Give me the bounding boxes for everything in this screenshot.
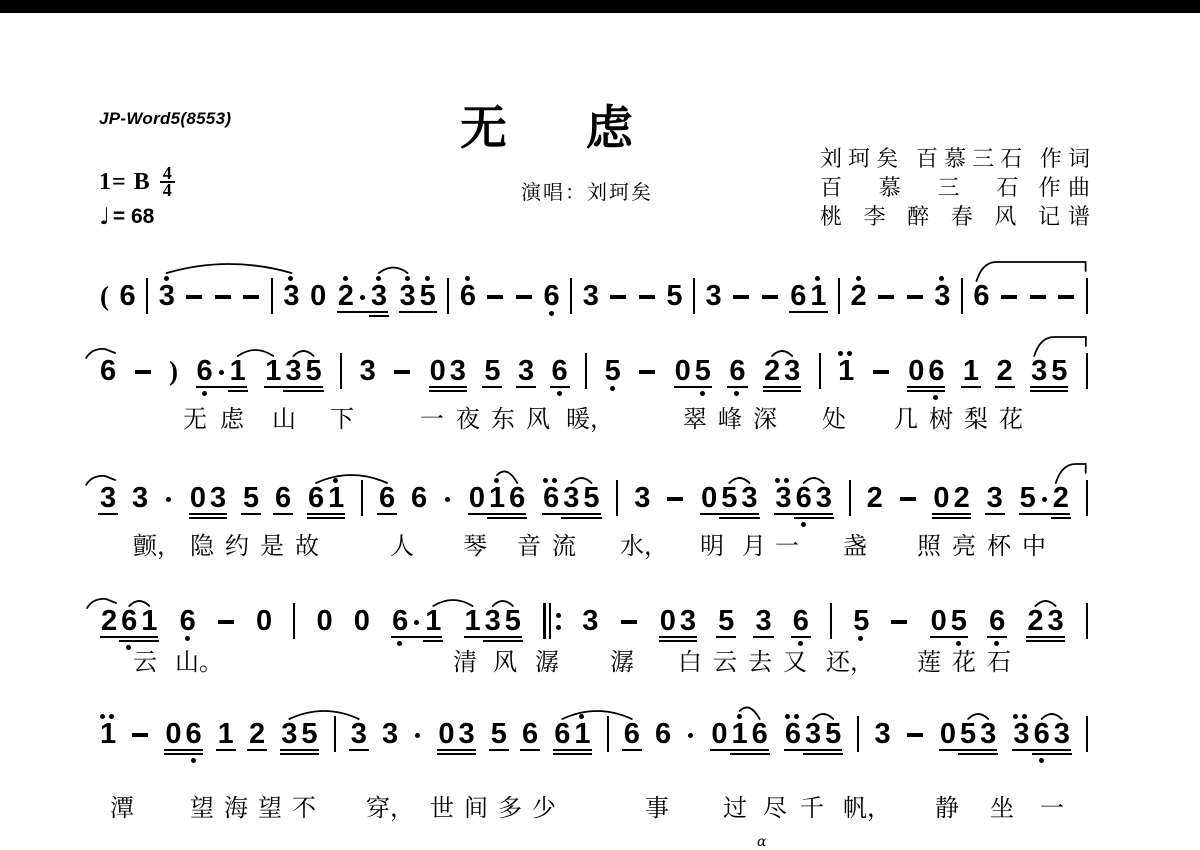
note-digit: 3 bbox=[1048, 609, 1064, 633]
note-digit: 5 bbox=[721, 486, 737, 510]
underline bbox=[283, 390, 303, 392]
note: 3 bbox=[755, 609, 771, 633]
note-digit: 6 bbox=[973, 284, 989, 308]
note: 5 bbox=[505, 609, 521, 633]
note-digit: 6 bbox=[522, 722, 538, 746]
lyric-syllable: 帆， bbox=[843, 788, 891, 823]
duration-dot bbox=[413, 722, 422, 746]
octave-dot-below bbox=[557, 391, 562, 396]
lyric-syllable: 不 bbox=[292, 788, 316, 823]
note: 0 bbox=[933, 486, 949, 510]
lyrics-line-5: 潭望海望不穿，世间多少事过尽千帆，静坐一 bbox=[0, 788, 1200, 818]
note-digit: 6 bbox=[460, 284, 476, 308]
note: 3 bbox=[382, 722, 398, 746]
note-digit: 3 bbox=[1031, 359, 1047, 383]
repeat-dot bbox=[556, 625, 561, 630]
note-digit: 5 bbox=[1051, 359, 1067, 383]
lyric-syllable: 花 bbox=[952, 642, 976, 677]
note: 3 bbox=[485, 609, 501, 633]
note-digit: 0 bbox=[908, 359, 924, 383]
note-group: 03 bbox=[189, 486, 227, 510]
note: 0 bbox=[908, 359, 924, 383]
note-digit: 6 bbox=[379, 486, 395, 510]
underline bbox=[482, 386, 502, 388]
lyric-syllable: 音 bbox=[517, 526, 541, 561]
note-digit: 6 bbox=[554, 722, 570, 746]
note-digit: 5 bbox=[491, 722, 507, 746]
dash bbox=[761, 284, 779, 308]
underline bbox=[304, 390, 324, 392]
note: 3 bbox=[1048, 609, 1064, 633]
duration-dot bbox=[443, 486, 452, 510]
lyrics-line-4: 云山。清风潺潺白云去又还，莲花石 bbox=[0, 642, 1200, 672]
barline bbox=[1086, 480, 1088, 516]
underline bbox=[307, 513, 345, 515]
note-group: 05 bbox=[930, 609, 968, 633]
underline bbox=[739, 517, 759, 519]
note-digit: 2 bbox=[764, 359, 780, 383]
note: 5 bbox=[666, 284, 682, 308]
music-line-3: 33035661660166353053363202352 bbox=[100, 486, 1088, 510]
note: 1 bbox=[732, 722, 748, 746]
note: 2 bbox=[954, 486, 970, 510]
note: 3 bbox=[775, 486, 791, 510]
lyrics-line-2: 无虑山下一夜东风暖，翠峰深处几树梨花 bbox=[0, 399, 1200, 429]
note-digit: 0 bbox=[438, 722, 454, 746]
note-digit: 6 bbox=[785, 722, 801, 746]
note-group: 053 bbox=[700, 486, 758, 510]
note: 3 bbox=[360, 359, 376, 383]
lyric-syllable: 云 bbox=[133, 642, 157, 677]
repeat-dots bbox=[556, 613, 561, 630]
note-group: 52 bbox=[1019, 486, 1070, 510]
lyric-syllable: 穿， bbox=[366, 788, 414, 823]
note: 2 bbox=[764, 359, 780, 383]
underline bbox=[932, 517, 970, 519]
lyric-syllable: 峰 bbox=[718, 399, 742, 434]
note-digit: 5 bbox=[420, 284, 436, 308]
note-digit: 6 bbox=[543, 486, 559, 510]
note: 3 bbox=[680, 609, 696, 633]
lyric-syllable: 山 bbox=[272, 399, 296, 434]
note-digit: 3 bbox=[563, 486, 579, 510]
barline bbox=[838, 278, 840, 314]
note-digit: 3 bbox=[281, 722, 297, 746]
note-digit: 6 bbox=[729, 359, 745, 383]
note: 3 bbox=[706, 284, 722, 308]
octave-dot-below bbox=[700, 391, 705, 396]
duration-dot bbox=[1040, 486, 1049, 510]
note-digit: 3 bbox=[159, 284, 175, 308]
lyric-syllable: 去 bbox=[748, 642, 772, 677]
barline bbox=[334, 716, 336, 752]
lyric-syllable: 望 bbox=[258, 788, 282, 823]
note-digit: 3 bbox=[485, 609, 501, 633]
lyric-syllable: 照 bbox=[917, 526, 941, 561]
note-group: 016 bbox=[710, 722, 768, 746]
note: 5 bbox=[960, 722, 976, 746]
underline bbox=[622, 749, 642, 751]
underline bbox=[164, 749, 202, 751]
underline bbox=[189, 517, 227, 519]
lyric-syllable: 白 bbox=[678, 642, 702, 677]
underline bbox=[391, 636, 442, 638]
note: 3 bbox=[371, 284, 387, 308]
note: 1 bbox=[100, 722, 116, 746]
octave-dot-above bbox=[376, 276, 381, 281]
note: 3 bbox=[285, 359, 301, 383]
note: 0 bbox=[940, 722, 956, 746]
barline bbox=[830, 603, 832, 639]
underline bbox=[958, 753, 978, 755]
lyric-syllable: 隐 bbox=[190, 526, 214, 561]
note-group: 23 bbox=[337, 284, 388, 308]
note: 2 bbox=[867, 486, 883, 510]
note: 1 bbox=[328, 486, 344, 510]
barline bbox=[1086, 716, 1088, 752]
barline bbox=[271, 278, 273, 314]
note-digit: 6 bbox=[275, 486, 291, 510]
note: 3 bbox=[987, 486, 1003, 510]
note-digit: 5 bbox=[666, 284, 682, 308]
dash bbox=[732, 284, 750, 308]
note-digit: 6 bbox=[928, 359, 944, 383]
lyric-syllable: 又 bbox=[783, 642, 807, 677]
dash bbox=[899, 486, 917, 510]
dash bbox=[1057, 284, 1075, 308]
underline bbox=[369, 315, 389, 317]
barline bbox=[293, 603, 295, 639]
note: 0 bbox=[469, 486, 485, 510]
repeat-dot bbox=[556, 613, 561, 618]
note: 5 bbox=[1051, 359, 1067, 383]
note-group: 03 bbox=[437, 722, 475, 746]
octave-dot-above bbox=[465, 276, 470, 281]
lyric-syllable: 约 bbox=[225, 526, 249, 561]
lyric-syllable: 一 bbox=[1040, 788, 1064, 823]
note-digit: 0 bbox=[430, 359, 446, 383]
note-digit: 6 bbox=[308, 486, 324, 510]
note-digit: 0 bbox=[931, 609, 947, 633]
note-digit: 6 bbox=[1034, 722, 1050, 746]
underline bbox=[280, 749, 318, 751]
underline bbox=[164, 753, 202, 755]
underline bbox=[907, 390, 945, 392]
dash bbox=[393, 359, 411, 383]
barline bbox=[616, 480, 618, 516]
underline bbox=[196, 386, 247, 388]
note-digit: 0 bbox=[165, 722, 181, 746]
underline bbox=[700, 513, 758, 515]
lyric-syllable: 潺 bbox=[610, 642, 634, 677]
lyric-syllable: 无 bbox=[183, 399, 207, 434]
note: 1 bbox=[141, 609, 157, 633]
underline bbox=[507, 517, 527, 519]
underline bbox=[550, 386, 570, 388]
underline bbox=[710, 749, 768, 751]
lyric-syllable: 明 bbox=[700, 526, 724, 561]
note-digit: 2 bbox=[338, 284, 354, 308]
note-group: 23 bbox=[1026, 609, 1064, 633]
underline bbox=[987, 636, 1007, 638]
note: 6 bbox=[460, 284, 476, 308]
note: 6 bbox=[379, 486, 395, 510]
note: 3 bbox=[159, 284, 175, 308]
note-digit: 3 bbox=[755, 609, 771, 633]
octave-dot-above bbox=[737, 714, 742, 719]
note-group: 35 bbox=[1030, 359, 1068, 383]
music-line-2: 6)611353035365056231061235 bbox=[100, 359, 1088, 383]
note: 5 bbox=[491, 722, 507, 746]
note: 3 bbox=[784, 359, 800, 383]
lyric-syllable: 清 bbox=[453, 642, 477, 677]
lyric-syllable: 暖， bbox=[566, 399, 614, 434]
underline bbox=[789, 311, 827, 313]
note-digit: 5 bbox=[825, 722, 841, 746]
barline bbox=[361, 480, 363, 516]
repeat-begin-sign bbox=[543, 603, 561, 639]
note-digit: 5 bbox=[243, 486, 259, 510]
note: 0 bbox=[310, 284, 326, 308]
underline bbox=[228, 390, 248, 392]
dash bbox=[609, 284, 627, 308]
note: 6 bbox=[552, 359, 568, 383]
note-digit: 5 bbox=[301, 722, 317, 746]
note-digit: 6 bbox=[180, 609, 196, 633]
barline bbox=[146, 278, 148, 314]
octave-dot-below bbox=[185, 636, 190, 641]
underline bbox=[273, 513, 293, 515]
octave-dot-above bbox=[164, 276, 169, 281]
note-digit: 1 bbox=[963, 359, 979, 383]
note-group: 61 bbox=[196, 359, 247, 383]
note: 6 bbox=[411, 486, 427, 510]
note-digit: 3 bbox=[210, 486, 226, 510]
lyric-syllable: 坐 bbox=[990, 788, 1014, 823]
lyric-syllable: 虑 bbox=[220, 399, 244, 434]
note: 0 bbox=[660, 609, 676, 633]
underline bbox=[98, 513, 118, 515]
lyric-syllable: 东 bbox=[491, 399, 515, 434]
lyric-syllable: 云 bbox=[713, 642, 737, 677]
underline bbox=[763, 390, 801, 392]
lyric-syllable: 静 bbox=[935, 788, 959, 823]
note: 3 bbox=[583, 284, 599, 308]
note: 3 bbox=[1031, 359, 1047, 383]
note-digit: 6 bbox=[796, 486, 812, 510]
note-digit: 5 bbox=[306, 359, 322, 383]
note-group: 363 bbox=[1012, 722, 1070, 746]
note-group: 635 bbox=[542, 486, 600, 510]
note: 0 bbox=[701, 486, 717, 510]
note-digit: 2 bbox=[851, 284, 867, 308]
note: 1 bbox=[574, 722, 590, 746]
note: 1 bbox=[838, 359, 854, 383]
note: 6 bbox=[554, 722, 570, 746]
underline bbox=[939, 749, 997, 751]
note: 5 bbox=[825, 722, 841, 746]
note: 6 bbox=[543, 486, 559, 510]
note-digit: 3 bbox=[583, 284, 599, 308]
note: 3 bbox=[518, 359, 534, 383]
note: 1 bbox=[489, 486, 505, 510]
underline bbox=[247, 749, 267, 751]
note-digit: 1 bbox=[489, 486, 505, 510]
underline bbox=[429, 390, 467, 392]
note-group: 23 bbox=[763, 359, 801, 383]
next-line-cutoff-mark: α bbox=[757, 834, 766, 850]
note-digit: 3 bbox=[784, 359, 800, 383]
note: 3 bbox=[100, 486, 116, 510]
note-digit: 6 bbox=[989, 609, 1005, 633]
note-digit: 6 bbox=[655, 722, 671, 746]
note: 3 bbox=[563, 486, 579, 510]
note: 3 bbox=[805, 722, 821, 746]
underline bbox=[719, 517, 739, 519]
note-group: 135 bbox=[264, 359, 322, 383]
note: 0 bbox=[190, 486, 206, 510]
note: 1 bbox=[810, 284, 826, 308]
note: 3 bbox=[283, 284, 299, 308]
note: 6 bbox=[121, 609, 137, 633]
lyric-syllable: 潭 bbox=[110, 788, 134, 823]
note-digit: 0 bbox=[354, 609, 370, 633]
lyric-syllable: 流 bbox=[552, 526, 576, 561]
lyric-syllable: 中 bbox=[1022, 526, 1046, 561]
note-digit: 3 bbox=[285, 359, 301, 383]
note-digit: 0 bbox=[701, 486, 717, 510]
repeat-bar-thick bbox=[543, 603, 546, 639]
note-digit: 3 bbox=[351, 722, 367, 746]
note: 3 bbox=[450, 359, 466, 383]
note: 3 bbox=[875, 722, 891, 746]
dash bbox=[1000, 284, 1018, 308]
dash bbox=[872, 359, 890, 383]
music-line-4: 261600061135303536505623 bbox=[100, 609, 1088, 633]
barline bbox=[819, 353, 821, 389]
underline bbox=[581, 517, 601, 519]
note-group: 05 bbox=[674, 359, 712, 383]
underline bbox=[241, 513, 261, 515]
barline bbox=[1086, 603, 1088, 639]
note-digit: 3 bbox=[934, 284, 950, 308]
note-digit: 3 bbox=[459, 722, 475, 746]
note: 6 bbox=[522, 722, 538, 746]
underline bbox=[1030, 390, 1068, 392]
note: 0 bbox=[430, 359, 446, 383]
underline bbox=[995, 386, 1015, 388]
dash bbox=[620, 609, 638, 633]
underline bbox=[1052, 753, 1072, 755]
underline bbox=[280, 753, 318, 755]
barline bbox=[570, 278, 572, 314]
note-group: 135 bbox=[464, 609, 522, 633]
note-digit: 0 bbox=[675, 359, 691, 383]
parenthesis: ) bbox=[169, 359, 178, 383]
underline bbox=[429, 386, 467, 388]
dash bbox=[906, 722, 924, 746]
note-digit: 6 bbox=[411, 486, 427, 510]
octave-dot-below bbox=[610, 386, 615, 391]
underline bbox=[553, 749, 591, 751]
note-digit: 1 bbox=[218, 722, 234, 746]
dash bbox=[134, 359, 152, 383]
note-digit: 0 bbox=[933, 486, 949, 510]
note-digit: 3 bbox=[400, 284, 416, 308]
note-group: 06 bbox=[907, 359, 945, 383]
note: 3 bbox=[210, 486, 226, 510]
note: 6 bbox=[655, 722, 671, 746]
note: 3 bbox=[459, 722, 475, 746]
note-digit: 3 bbox=[706, 284, 722, 308]
note-digit: 5 bbox=[484, 359, 500, 383]
lyric-syllable: 山。 bbox=[175, 642, 223, 677]
note-group: 35 bbox=[399, 284, 437, 308]
lyric-syllable: 石 bbox=[987, 642, 1011, 677]
barline bbox=[961, 278, 963, 314]
note: 6 bbox=[729, 359, 745, 383]
note: 5 bbox=[718, 609, 734, 633]
note: 1 bbox=[265, 359, 281, 383]
lyric-syllable: 过 bbox=[723, 788, 747, 823]
note-digit: 6 bbox=[197, 359, 213, 383]
note-digit: 6 bbox=[121, 609, 137, 633]
note-digit: 0 bbox=[940, 722, 956, 746]
note-digit: 3 bbox=[775, 486, 791, 510]
octave-dot-below bbox=[734, 391, 739, 396]
octave-dot-below bbox=[858, 636, 863, 641]
note: 6 bbox=[308, 486, 324, 510]
dash bbox=[1029, 284, 1047, 308]
note-digit: 6 bbox=[100, 359, 116, 383]
note: 0 bbox=[711, 722, 727, 746]
lyric-syllable: 风 bbox=[493, 642, 517, 677]
note: 2 bbox=[851, 284, 867, 308]
underline bbox=[823, 753, 843, 755]
underline bbox=[377, 513, 397, 515]
lyric-syllable: 尽 bbox=[763, 788, 787, 823]
note-digit: 3 bbox=[680, 609, 696, 633]
dash bbox=[515, 284, 533, 308]
note-group: 016 bbox=[468, 486, 526, 510]
lyric-syllable: 花 bbox=[999, 399, 1023, 434]
underline bbox=[750, 753, 770, 755]
lyric-syllable: 风 bbox=[526, 399, 550, 434]
note-group: 02 bbox=[932, 486, 970, 510]
octave-dot-below bbox=[549, 311, 554, 316]
underline bbox=[1032, 753, 1052, 755]
note-digit: 6 bbox=[624, 722, 640, 746]
note: 5 bbox=[695, 359, 711, 383]
octave-dot-above bbox=[785, 714, 790, 719]
duration-dot bbox=[217, 359, 226, 383]
note: 6 bbox=[197, 359, 213, 383]
note: 6 bbox=[973, 284, 989, 308]
barline bbox=[607, 716, 609, 752]
note-group: 053 bbox=[939, 722, 997, 746]
note: 6 bbox=[392, 609, 408, 633]
lyrics-line-3: 颤，隐约是故人琴音流水，明月一盏照亮杯中 bbox=[0, 526, 1200, 556]
note: 3 bbox=[1013, 722, 1029, 746]
duration-dot bbox=[686, 722, 695, 746]
octave-dot-above bbox=[794, 714, 799, 719]
note: 3 bbox=[582, 609, 598, 633]
note-digit: 0 bbox=[256, 609, 272, 633]
note: 6 bbox=[752, 722, 768, 746]
dash bbox=[185, 284, 203, 308]
underline bbox=[1012, 749, 1070, 751]
barline bbox=[447, 278, 449, 314]
